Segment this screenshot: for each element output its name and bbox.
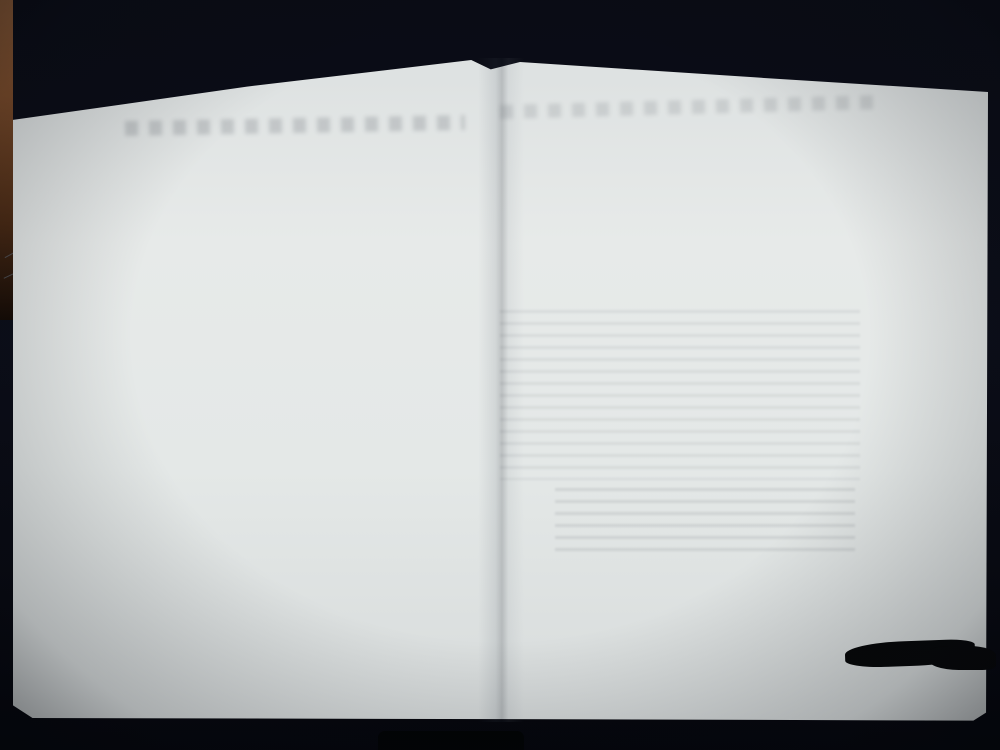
object-on-desk	[378, 731, 524, 750]
show-through-text	[500, 310, 860, 480]
photo-of-census-sheet: { "colors":{"paper":"#e6e9e8","desk":"#0…	[0, 0, 1000, 750]
show-through-text	[555, 488, 855, 558]
dark-tear-mark	[928, 646, 996, 670]
